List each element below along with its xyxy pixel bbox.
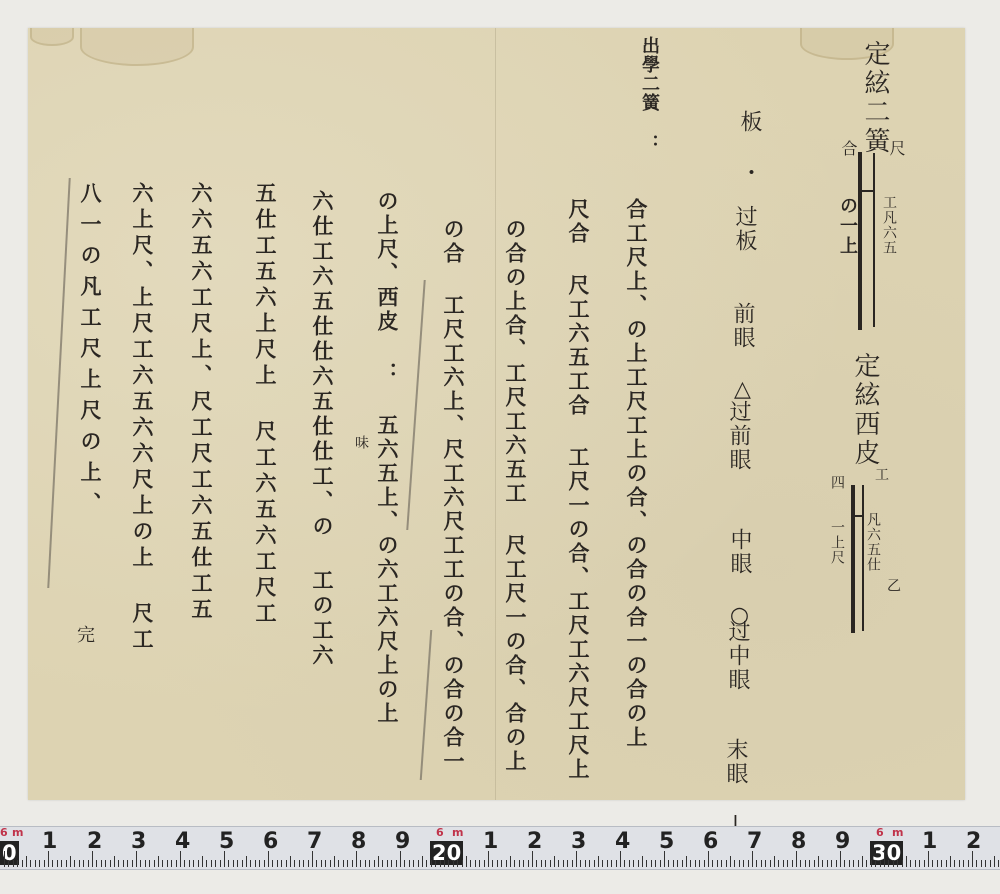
ruler-tick <box>224 851 225 867</box>
ruler-tick <box>180 851 181 867</box>
ruler-tick <box>954 860 955 867</box>
ruler-tick <box>431 860 432 867</box>
ruler-tick <box>554 856 555 867</box>
ruler-tick <box>818 856 819 867</box>
string-notes: の一上 <box>838 196 856 256</box>
ruler-tick <box>704 860 705 867</box>
string-notes: 工凡六五 <box>882 195 896 255</box>
ruler-tick <box>620 851 621 867</box>
legend-item: 末眼 | <box>724 738 746 840</box>
ruler-tick <box>92 851 93 867</box>
ruler-tick <box>814 860 815 867</box>
ruler-tick <box>677 860 678 867</box>
ruler-tick <box>57 860 58 867</box>
score-column: 六上尺、上尺工六五六六尺上の上 尺工 <box>132 182 153 654</box>
ruler-tick <box>998 860 999 867</box>
ruler-label: 8 <box>791 829 806 854</box>
ruler-label: 7 <box>747 829 762 854</box>
ruler-tick <box>264 860 265 867</box>
ruler-tick <box>44 860 45 867</box>
ruler-label: 1 <box>922 829 937 854</box>
ruler-tick <box>154 860 155 867</box>
ruler-tick <box>167 860 168 867</box>
score-column: 六六五六工尺上、尺工尺工六五仕工五 <box>191 182 212 624</box>
ruler-tick <box>959 860 960 867</box>
ruler-label: 4 <box>175 829 190 854</box>
ruler-unit-mark: m <box>12 826 23 839</box>
ruler-tick <box>206 860 207 867</box>
document-paper <box>28 28 965 800</box>
ruler-tick <box>572 860 573 867</box>
ruler-tick <box>360 860 361 867</box>
score-column: の合の上合、工尺工六五工 尺工尺一の合、合の上 <box>505 218 526 774</box>
ruler-label: 7 <box>307 829 322 854</box>
ruler-unit-mark: m <box>892 826 903 839</box>
ruler-tick <box>616 860 617 867</box>
ruler-tick <box>453 860 454 867</box>
ruler-tick <box>743 860 744 867</box>
ruler-tick <box>48 851 49 867</box>
ruler-tick <box>695 860 696 867</box>
ruler-tick <box>228 860 229 867</box>
ruler-label: 3 <box>131 829 146 854</box>
legend-item: 中眼 ○ <box>728 528 750 630</box>
ruler-tick <box>519 860 520 867</box>
ruler-tick <box>770 860 771 867</box>
ruler-tick <box>382 860 383 867</box>
ruler-tick <box>88 860 89 867</box>
ruler-tick <box>448 860 449 867</box>
ruler-tick <box>941 860 942 867</box>
ruler-tick <box>668 860 669 867</box>
ruler-tick <box>413 860 414 867</box>
ruler-tick <box>343 860 344 867</box>
ruler-tick <box>884 851 885 867</box>
ruler-tick <box>422 856 423 867</box>
score-column: の合 工尺工六上、尺工六尺工工の合、の合の合一 <box>443 218 464 774</box>
ruler-tick <box>976 860 977 867</box>
ruler-tick <box>866 860 867 867</box>
ruler-tick <box>158 856 159 867</box>
ruler-tick <box>717 860 718 867</box>
ruler-tick <box>110 860 111 867</box>
ruler-tick <box>734 860 735 867</box>
ruler-tick <box>290 856 291 867</box>
ruler-label: 2 <box>527 829 542 854</box>
ruler-tick <box>70 856 71 867</box>
string-line <box>858 152 862 330</box>
ruler-tick <box>299 860 300 867</box>
ruler-tick <box>198 860 199 867</box>
ruler-label: 3 <box>571 829 586 854</box>
annotation: 工 <box>874 467 888 482</box>
ruler-tick <box>22 860 23 867</box>
ruler-tick <box>497 860 498 867</box>
ruler-tick <box>730 856 731 867</box>
ruler-tick <box>365 860 366 867</box>
ruler-tick <box>118 860 119 867</box>
ruler-tick <box>440 860 441 867</box>
string-line <box>860 190 875 192</box>
ruler-tick <box>369 860 370 867</box>
ruler-tick <box>338 860 339 867</box>
ruler-tick <box>831 860 832 867</box>
ruler-label: 8 <box>351 829 366 854</box>
ruler-tick <box>127 860 128 867</box>
ruler-tick <box>792 860 793 867</box>
ruler-tick <box>510 856 511 867</box>
ruler-tick <box>303 860 304 867</box>
ruler-tick <box>897 860 898 867</box>
ruler-tick <box>176 860 177 867</box>
ruler-tick <box>30 860 31 867</box>
ruler-tick <box>462 860 463 867</box>
ruler-tick <box>893 860 894 867</box>
score-column: の上尺、西皮 ： 五六五上、の六工六尺上の上 <box>377 190 398 726</box>
ruler-tick <box>765 860 766 867</box>
ruler-label: 1 <box>483 829 498 854</box>
ruler-tick <box>259 860 260 867</box>
ruler-tick <box>642 856 643 867</box>
ruler-tick <box>880 860 881 867</box>
ruler-tick <box>840 851 841 867</box>
ruler-tick <box>466 856 467 867</box>
score-column: 合工尺上、の上工尺工上の合、の合の合一の合の上 <box>626 198 647 750</box>
ruler-tick <box>470 860 471 867</box>
ruler-tick <box>162 860 163 867</box>
ruler-tick <box>607 860 608 867</box>
ruler-tick <box>286 860 287 867</box>
water-stain <box>80 28 194 66</box>
ruler-tick <box>356 851 357 867</box>
legend-item: 过板 <box>733 205 755 253</box>
ruler-section-mark: 6 <box>0 826 8 839</box>
ruler-tick <box>664 851 665 867</box>
water-stain <box>30 28 74 46</box>
ruler-tick <box>74 860 75 867</box>
ruler-tick <box>171 860 172 867</box>
ruler-tick <box>602 860 603 867</box>
ruler-tick <box>686 856 687 867</box>
legend-item: 前眼 △ <box>731 302 753 404</box>
legend-item: 过前眼 <box>727 400 749 472</box>
ruler-tick <box>646 860 647 867</box>
ruler-tick <box>79 860 80 867</box>
ruler-tick <box>563 860 564 867</box>
ruler-tick <box>105 860 106 867</box>
ruler-tick <box>761 860 762 867</box>
string-line <box>873 153 875 327</box>
ruler-tick <box>536 860 537 867</box>
ruler-tick <box>347 860 348 867</box>
ruler-tick <box>211 860 212 867</box>
annotation: 四 <box>830 475 844 490</box>
ruler-tick <box>140 860 141 867</box>
ruler-tick <box>836 860 837 867</box>
ruler-tick <box>950 856 951 867</box>
ruler-tick <box>924 860 925 867</box>
ruler-tick <box>726 860 727 867</box>
ruler-label: 2 <box>87 829 102 854</box>
ruler-tick <box>220 860 221 867</box>
ruler-tick <box>308 860 309 867</box>
ruler-tick <box>985 860 986 867</box>
ruler-tick <box>990 860 991 867</box>
ruler-tick <box>849 860 850 867</box>
ruler-tick <box>101 860 102 867</box>
ruler-tick <box>809 860 810 867</box>
ruler-tick <box>928 851 929 867</box>
end-mark: 完 <box>75 625 93 644</box>
string-line <box>853 515 863 517</box>
ruler-tick <box>149 860 150 867</box>
ruler-tick <box>312 851 313 867</box>
ruler-tick <box>774 856 775 867</box>
ruler-tick <box>316 860 317 867</box>
ruler-tick <box>114 856 115 867</box>
ruler-tick <box>576 851 577 867</box>
ruler-tick <box>61 860 62 867</box>
ruler-tick <box>906 856 907 867</box>
ruler-tick <box>475 860 476 867</box>
ruler-tick <box>752 851 753 867</box>
ruler-label: 9 <box>835 829 850 854</box>
ruler-tick <box>523 860 524 867</box>
ruler-tick <box>937 860 938 867</box>
ruler-tick <box>532 851 533 867</box>
legend-item: 过中眼 <box>726 620 748 692</box>
ruler-tick <box>294 860 295 867</box>
ruler-tick <box>330 860 331 867</box>
ruler-tick <box>272 860 273 867</box>
ruler-label: 4 <box>615 829 630 854</box>
ruler-tick <box>17 860 18 867</box>
ruler-tick <box>963 860 964 867</box>
ruler-tick <box>844 860 845 867</box>
ruler-tick <box>391 860 392 867</box>
ruler-tick <box>910 860 911 867</box>
ruler-tick <box>946 860 947 867</box>
ruler-section-mark: 6 <box>876 826 884 839</box>
ruler-tick <box>136 851 137 867</box>
ruler-tick <box>875 860 876 867</box>
ruler-tick <box>594 860 595 867</box>
paper-fold <box>495 28 496 800</box>
ruler-section-mark: 6 <box>436 826 444 839</box>
ruler-tick <box>805 860 806 867</box>
ruler-label: 6 <box>263 829 278 854</box>
ruler-tick <box>994 856 995 867</box>
score-column: 五仕工五六上尺上 尺工六五六工尺工 <box>255 182 276 628</box>
ruler-tick <box>409 860 410 867</box>
ruler-tick <box>633 860 634 867</box>
ruler-unit-mark: m <box>452 826 463 839</box>
ruler-tick <box>541 860 542 867</box>
ruler-tick <box>484 860 485 867</box>
score-column: 八一の凡工尺上尺の上、 <box>80 182 101 523</box>
ruler-tick <box>796 851 797 867</box>
ruler-tick <box>699 860 700 867</box>
ruler-tick <box>492 860 493 867</box>
ruler-tick <box>629 860 630 867</box>
ruler-tick <box>325 860 326 867</box>
ruler-tick <box>435 860 436 867</box>
ruler-tick <box>708 851 709 867</box>
ruler-tick <box>387 860 388 867</box>
ruler-tick <box>83 860 84 867</box>
ruler-tick <box>396 860 397 867</box>
ruler-tick <box>673 860 674 867</box>
ruler-tick <box>783 860 784 867</box>
ruler-tick <box>132 860 133 867</box>
ruler-tick <box>488 851 489 867</box>
ruler-tick <box>550 860 551 867</box>
ruler-tick <box>35 860 36 867</box>
ruler-tick <box>418 860 419 867</box>
ruler-tick <box>902 860 903 867</box>
ruler-tick <box>968 860 969 867</box>
section-title: 定絃二簧 <box>862 40 888 156</box>
ruler-tick <box>246 856 247 867</box>
string-notes: 一上尺 <box>830 520 844 565</box>
ruler-tick <box>514 860 515 867</box>
ruler-tick <box>585 860 586 867</box>
ruler-tick <box>321 860 322 867</box>
ruler-tick <box>756 860 757 867</box>
ruler-tick <box>778 860 779 867</box>
ruler-label: 6 <box>703 829 718 854</box>
ruler-tick <box>202 856 203 867</box>
annotation: 尺 <box>888 140 904 157</box>
ruler-tick <box>853 860 854 867</box>
ruler-label: 2 <box>966 829 981 854</box>
ruler-tick <box>242 860 243 867</box>
ruler-tick <box>184 860 185 867</box>
ruler-tick <box>237 860 238 867</box>
ruler-tick <box>334 856 335 867</box>
ruler-tick <box>96 860 97 867</box>
ruler-tick <box>545 860 546 867</box>
score-column: 尺合 尺工六五工合 工尺一の合、工尺工六尺工尺上 <box>568 198 589 782</box>
legend-item: 板 ・ <box>738 110 760 185</box>
ruler-tick <box>215 860 216 867</box>
ruler-tick <box>624 860 625 867</box>
ruler-tick <box>915 860 916 867</box>
ruler-tick <box>558 860 559 867</box>
ruler-label: 5 <box>659 829 674 854</box>
ruler-tick <box>250 860 251 867</box>
section-title: 定絃西皮 <box>852 352 878 468</box>
ruler-tick <box>712 860 713 867</box>
ruler-tick <box>352 860 353 867</box>
string-line <box>862 485 864 631</box>
ruler-tick <box>655 860 656 867</box>
ruler-tick <box>660 860 661 867</box>
ruler-tick <box>444 851 445 867</box>
ruler-tick <box>404 860 405 867</box>
ruler-tick <box>8 860 9 867</box>
string-notes: 凡六五仕 <box>866 512 880 572</box>
measurement-ruler: 6 m 0 1 2 3 4 5 6 7 8 9 6 m 20 1 2 3 4 5… <box>0 826 1000 870</box>
annotation: 合 <box>840 140 856 157</box>
ruler-tick <box>888 860 889 867</box>
string-line <box>851 485 855 633</box>
ruler-tick <box>932 860 933 867</box>
ruler-tick <box>52 860 53 867</box>
ruler-tick <box>233 860 234 867</box>
ruler-tick <box>479 860 480 867</box>
ruler-tick <box>739 860 740 867</box>
ruler-tick <box>66 860 67 867</box>
ruler-tick <box>981 860 982 867</box>
ruler-tick <box>528 860 529 867</box>
ruler-tick <box>580 860 581 867</box>
ruler-tick <box>123 860 124 867</box>
ruler-tick <box>457 860 458 867</box>
ruler-tick <box>858 860 859 867</box>
ruler-tick <box>721 860 722 867</box>
ruler-label: 9 <box>395 829 410 854</box>
ruler-tick <box>611 860 612 867</box>
ruler-tick <box>281 860 282 867</box>
annotation: 乙 <box>886 578 900 593</box>
ruler-tick <box>501 860 502 867</box>
ruler-tick <box>400 851 401 867</box>
ruler-tick <box>13 860 14 867</box>
ruler-tick <box>193 860 194 867</box>
ruler-tick <box>827 860 828 867</box>
ruler-tick <box>748 860 749 867</box>
ruler-tick <box>682 860 683 867</box>
ruler-tick <box>589 860 590 867</box>
ruler-tick <box>822 860 823 867</box>
ruler-tick <box>4 851 5 867</box>
ruler-tick <box>598 856 599 867</box>
ruler-label: 5 <box>219 829 234 854</box>
ruler-tick <box>567 860 568 867</box>
ruler-tick <box>690 860 691 867</box>
ruler-label: 1 <box>42 829 57 854</box>
ruler-tick <box>651 860 652 867</box>
ruler-tick <box>189 860 190 867</box>
annotation: 味 <box>354 435 368 450</box>
ruler-tick <box>39 860 40 867</box>
ruler-tick <box>787 860 788 867</box>
ruler-tick <box>638 860 639 867</box>
score-column: 六仕工六五仕仕六五仕仕工、の 工の工六 <box>312 190 333 669</box>
section-title: 出學二簧 ： <box>640 36 658 153</box>
ruler-tick <box>871 860 872 867</box>
ruler-tick <box>506 860 507 867</box>
ruler-tick <box>919 860 920 867</box>
ruler-tick <box>268 851 269 867</box>
ruler-tick <box>374 860 375 867</box>
ruler-tick <box>800 860 801 867</box>
ruler-tick <box>145 860 146 867</box>
ruler-tick <box>255 860 256 867</box>
ruler-tick <box>277 860 278 867</box>
ruler-tick <box>378 856 379 867</box>
ruler-tick <box>26 856 27 867</box>
ruler-tick <box>972 851 973 867</box>
ruler-tick <box>426 860 427 867</box>
ruler-tick <box>862 856 863 867</box>
